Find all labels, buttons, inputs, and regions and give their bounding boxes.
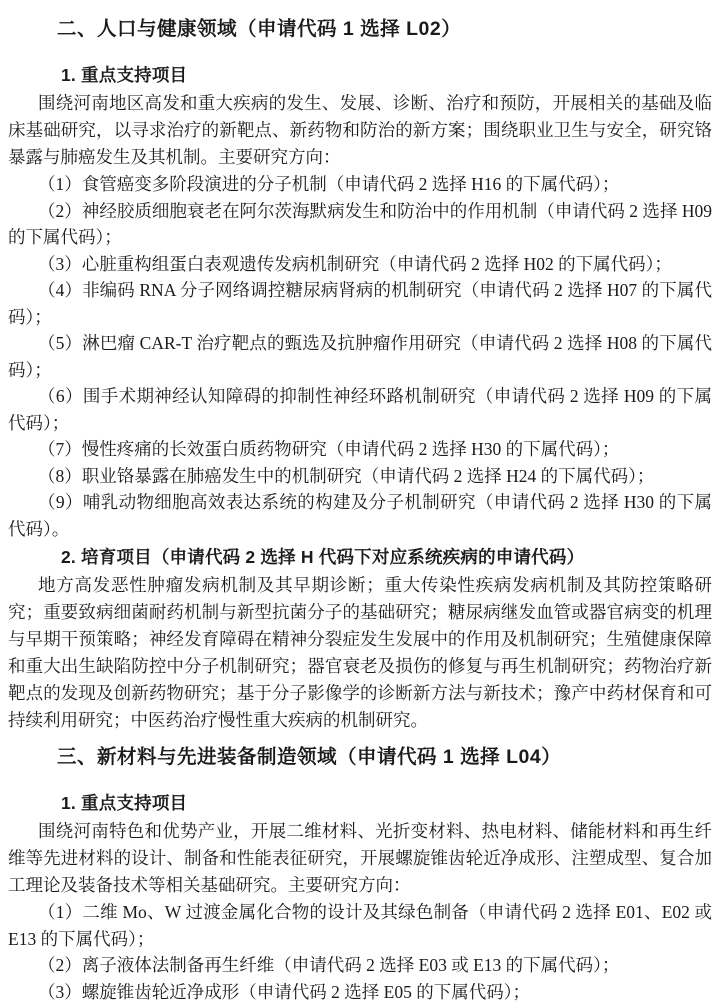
research-item-9: （9）哺乳动物细胞高效表达系统的构建及分子机制研究（申请代码 2 选择 H30 … [8, 489, 712, 542]
key-projects-intro-paragraph-2: 围绕河南特色和优势产业，开展二维材料、光折变材料、热电材料、储能材料和再生纤维等… [8, 818, 712, 899]
incubation-projects-paragraph: 地方高发恶性肿瘤发病机制及其早期诊断；重大传染性疾病发病机制及其防控策略研究；重… [8, 572, 712, 734]
key-projects-intro-paragraph: 围绕河南地区高发和重大疾病的发生、发展、诊断、治疗和预防，开展相关的基础及临床基… [8, 90, 712, 171]
research-item-8: （8）职业铬暴露在肺癌发生中的机制研究（申请代码 2 选择 H24 的下属代码）… [8, 463, 712, 490]
subsection-heading-key-projects-2: 1. 重点支持项目 [61, 788, 712, 818]
section-heading-new-materials: 三、新材料与先进装备制造领域（申请代码 1 选择 L04） [57, 742, 712, 772]
research-item-m1: （1）二维 Mo、W 过渡金属化合物的设计及其绿色制备（申请代码 2 选择 E0… [8, 899, 712, 952]
section-population-health: 二、人口与健康领域（申请代码 1 选择 L02） 1. 重点支持项目 围绕河南地… [8, 14, 712, 734]
section-new-materials: 三、新材料与先进装备制造领域（申请代码 1 选择 L04） 1. 重点支持项目 … [8, 742, 712, 1005]
research-item-1: （1）食管癌变多阶段演进的分子机制（申请代码 2 选择 H16 的下属代码）； [8, 171, 712, 198]
research-item-m2: （2）离子液体法制备再生纤维（申请代码 2 选择 E03 或 E13 的下属代码… [8, 952, 712, 979]
research-item-4: （4）非编码 RNA 分子网络调控糖尿病肾病的机制研究（申请代码 2 选择 H0… [8, 277, 712, 330]
document-page: 二、人口与健康领域（申请代码 1 选择 L02） 1. 重点支持项目 围绕河南地… [0, 0, 720, 1006]
research-item-3: （3）心脏重构组蛋白表观遗传发病机制研究（申请代码 2 选择 H02 的下属代码… [8, 251, 712, 278]
research-item-6: （6）围手术期神经认知障碍的抑制性神经环路机制研究（申请代码 2 选择 H09 … [8, 383, 712, 436]
research-item-7: （7）慢性疼痛的长效蛋白质药物研究（申请代码 2 选择 H30 的下属代码）； [8, 436, 712, 463]
research-item-5: （5）淋巴瘤 CAR-T 治疗靶点的甄选及抗肿瘤作用研究（申请代码 2 选择 H… [8, 330, 712, 383]
research-item-m3: （3）螺旋锥齿轮近净成形（申请代码 2 选择 E05 的下属代码）； [8, 979, 712, 1006]
research-item-2: （2）神经胶质细胞衰老在阿尔茨海默病发生和防治中的作用机制（申请代码 2 选择 … [8, 198, 712, 251]
section-heading-population-health: 二、人口与健康领域（申请代码 1 选择 L02） [57, 14, 712, 44]
subsection-heading-incubation-projects: 2. 培育项目（申请代码 2 选择 H 代码下对应系统疾病的申请代码） [61, 542, 712, 572]
subsection-heading-key-projects: 1. 重点支持项目 [61, 60, 712, 90]
